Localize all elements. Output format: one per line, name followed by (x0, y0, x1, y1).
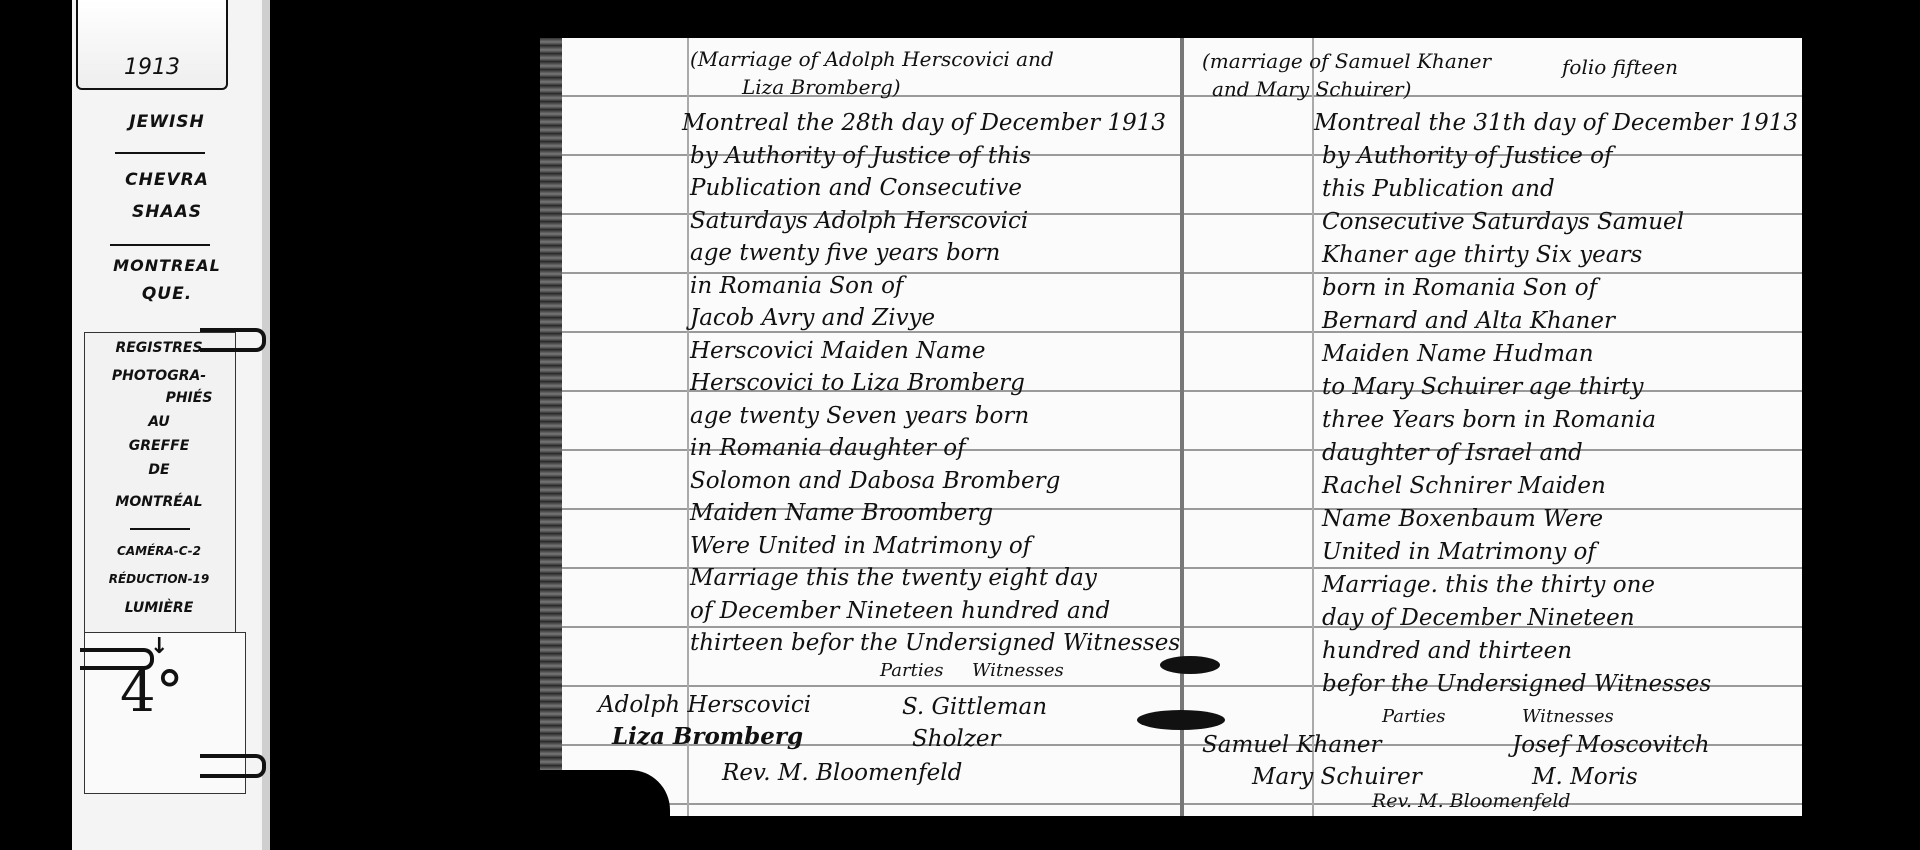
entry-line: Herscovici Maiden Name (690, 336, 985, 366)
entry-line: age twenty five years born (690, 238, 1000, 268)
entry-line: Bernard and Alta Khaner (1322, 306, 1615, 336)
right-witnesses-label: Witnesses (1522, 702, 1614, 732)
entry-line: daughter of Israel and (1322, 438, 1583, 468)
register-line: CAMÉRA-C-2 (84, 544, 234, 558)
ledger-book: (Marriage of Adolph Herscovici and Liza … (562, 38, 1802, 816)
entry-line: of December Nineteen hundred and (690, 596, 1110, 626)
paper-clip-icon (80, 648, 154, 670)
entry-line: three Years born in Romania (1322, 405, 1656, 435)
entry-line: Saturdays Adolph Herscovici (690, 206, 1028, 236)
label-jewish: JEWISH (72, 112, 262, 132)
right-margin-line (1312, 38, 1314, 816)
entry-line: in Romania Son of (690, 271, 903, 301)
entry-line: Herscovici to Liza Bromberg (690, 368, 1025, 398)
register-line: RÉDUCTION-19 (84, 572, 234, 586)
label-montreal: MONTREAL (72, 256, 262, 275)
entry-line: Maiden Name Broomberg (690, 498, 993, 528)
entry-line: Marriage. this the thirty one (1322, 570, 1655, 600)
entry-line: Jacob Avry and Zivye (690, 303, 935, 333)
entry-line: befor the Undersigned Witnesses (1322, 669, 1711, 699)
entry-line: age twenty Seven years born (690, 401, 1029, 431)
left-heading-line: Liza Bromberg) (742, 72, 901, 102)
ink-blot (1137, 710, 1225, 730)
signature-officiant: Rev. M. Bloomenfeld (1372, 786, 1571, 816)
entry-line: thirteen befor the Undersigned Witnesses (690, 628, 1180, 658)
entry-line: this Publication and (1322, 174, 1555, 204)
signature-bride: Liza Bromberg (612, 722, 803, 752)
entry-line: Montreal the 28th day of December 1913 (682, 108, 1166, 138)
entry-line: Maiden Name Hudman (1322, 339, 1594, 369)
right-heading-line: and Mary Schuirer) (1212, 74, 1411, 104)
left-parties-label: Parties (880, 656, 944, 686)
entry-line: Marriage this the twenty eight day (690, 563, 1097, 593)
entry-line: Montreal the 31th day of December 1913 (1314, 108, 1798, 138)
register-line: GREFFE (84, 438, 234, 454)
register-line: PHIÉS (84, 390, 264, 406)
signature-witness: Sholzer (912, 724, 1001, 754)
divider (115, 152, 205, 154)
entry-line: by Authority of Justice of this (690, 141, 1031, 171)
signature-groom: Adolph Herscovici (598, 690, 811, 720)
label-chevra: CHEVRA (72, 170, 262, 190)
entry-line: in Romania daughter of (690, 433, 966, 463)
register-line: AU (84, 414, 234, 430)
label-que: QUE. (72, 284, 262, 304)
label-shaas: SHAAS (72, 202, 262, 222)
register-line: DE (84, 462, 234, 478)
entry-line: Consecutive Saturdays Samuel (1322, 207, 1684, 237)
folio-note: folio fifteen (1562, 52, 1678, 82)
right-parties-label: Parties (1382, 702, 1446, 732)
register-line: LUMIÈRE (84, 600, 234, 616)
entry-line: born in Romania Son of (1322, 273, 1597, 303)
left-witnesses-label: Witnesses (972, 656, 1064, 686)
signature-officiant: Rev. M. Bloomenfeld (722, 758, 962, 788)
right-heading-line: (marriage of Samuel Khaner (1202, 46, 1491, 76)
entry-line: Khaner age thirty Six years (1322, 240, 1642, 270)
entry-line: Were United in Matrimony of (690, 531, 1031, 561)
divider (130, 528, 190, 530)
register-line: MONTRÉAL (84, 494, 234, 510)
entry-line: by Authority of Justice of (1322, 141, 1613, 171)
register-line: PHOTOGRA- (84, 368, 234, 384)
entry-line: United in Matrimony of (1322, 537, 1596, 567)
paper-clip-icon (200, 754, 266, 778)
left-heading-line: (Marriage of Adolph Herscovici and (690, 44, 1054, 74)
entry-line: Rachel Schnirer Maiden (1322, 471, 1606, 501)
divider (110, 244, 210, 246)
book-spine (1180, 38, 1184, 816)
year-label: 1913 (78, 55, 226, 80)
paper-clip-icon (200, 328, 266, 352)
entry-line: Name Boxenbaum Were (1322, 504, 1603, 534)
signature-witness: S. Gittleman (902, 692, 1047, 722)
signature-witness: Josef Moscovitch (1512, 730, 1710, 760)
ink-blot (1160, 656, 1220, 674)
entry-line: day of December Nineteen (1322, 603, 1635, 633)
entry-line: to Mary Schuirer age thirty (1322, 372, 1644, 402)
entry-line: Solomon and Dabosa Bromberg (690, 466, 1060, 496)
page-corner-shadow (540, 770, 670, 830)
entry-line: Publication and Consecutive (690, 173, 1022, 203)
label-strip-edge (262, 0, 270, 850)
year-tab: 1913 (76, 0, 228, 90)
entry-line: hundred and thirteen (1322, 636, 1572, 666)
signature-groom: Samuel Khaner (1202, 730, 1382, 760)
